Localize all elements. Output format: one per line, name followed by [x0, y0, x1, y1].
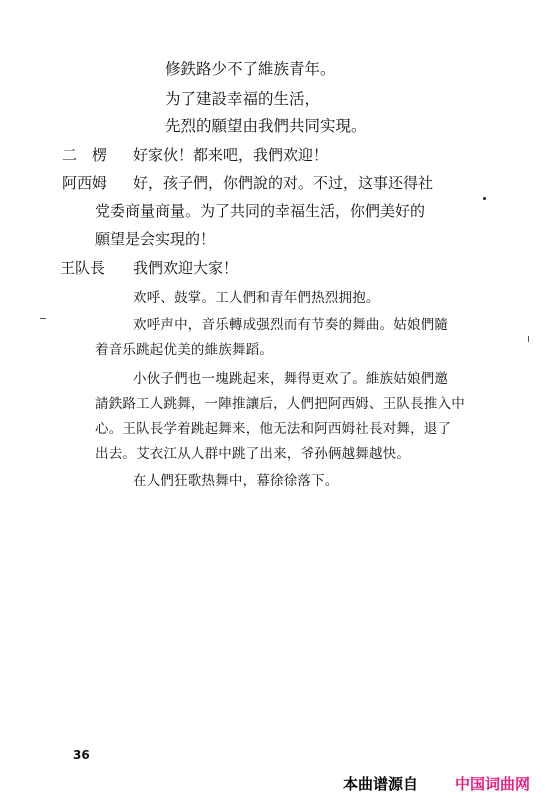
stage-direction: 欢呼、鼓掌。工人們和青年們热烈拥抱。: [133, 289, 380, 307]
stage-direction: 小伙子們也一塊跳起来，舞得更欢了。維族姑娘們邀: [133, 370, 448, 388]
stage-direction: 欢呼声中，音乐轉成强烈而有节奏的舞曲。姑娘們隨: [133, 316, 448, 334]
verse-line: 为了建設幸福的生活，: [165, 90, 320, 108]
dialogue-line: 党委商量商量。为了共同的幸福生活，你們美好的: [95, 202, 425, 220]
dialogue-line: 願望是会实現的！: [95, 230, 215, 248]
footer-source-label: 本曲谱源自: [343, 774, 418, 794]
footer-site-name[interactable]: 中国词曲网: [455, 774, 530, 794]
speaker-name: 王队長: [60, 259, 105, 277]
dialogue-line: 我們欢迎大家！: [133, 259, 238, 277]
stage-direction: 在人們狂歌热舞中，幕徐徐落下。: [133, 472, 339, 490]
speaker-name: 二 楞: [62, 146, 107, 164]
speaker-name: 阿西姆: [62, 174, 107, 192]
stage-direction: 請鉄路工人跳舞，一陣推讓后，人們把阿西姆、王队長推入中: [95, 395, 465, 413]
stage-direction: 出去。艾衣江从人群中跳了出来，爷孙俩越舞越快。: [95, 445, 410, 463]
scan-mark: [40, 318, 46, 319]
dialogue-line: 好家伙！都来吧，我們欢迎！: [133, 146, 328, 164]
scan-mark: [528, 336, 529, 342]
scan-speck: [483, 197, 486, 200]
stage-direction: 着音乐跳起优美的維族舞蹈。: [95, 341, 273, 359]
verse-line: 先烈的願望由我們共同实現。: [165, 117, 367, 135]
stage-direction: 心。王队長学着跳起舞来，他无法和阿西姆社長对舞，退了: [95, 420, 451, 438]
verse-line: 修鉄路少不了維族青年。: [165, 60, 336, 78]
dialogue-line: 好，孩子們，你們說的对。不过，这事还得社: [133, 174, 433, 192]
page-number: 36: [73, 748, 90, 762]
